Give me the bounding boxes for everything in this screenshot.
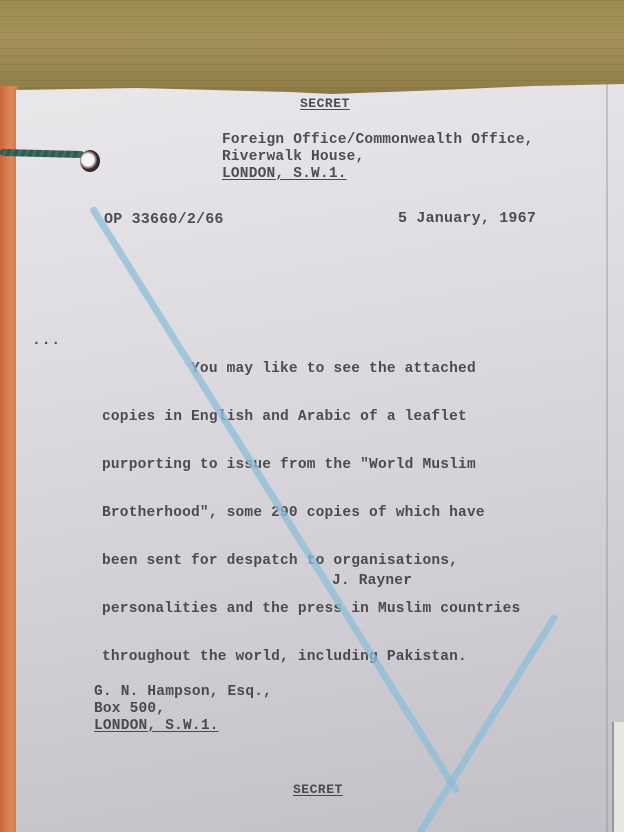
letter-body: You may like to see the attached copies … (102, 329, 520, 681)
orange-folder-edge (0, 86, 18, 832)
body-line: copies in English and Arabic of a leafle… (102, 409, 520, 425)
wooden-desk-background (0, 0, 624, 90)
classification-top: SECRET (300, 96, 350, 112)
body-line: throughout the world, including Pakistan… (102, 649, 520, 665)
body-line: Brotherhood", some 290 copies of which h… (102, 505, 520, 521)
sender-address-line-3: LONDON, S.W.1. (222, 166, 347, 182)
margin-mark: ... (32, 333, 61, 349)
body-line: You may like to see the attached (102, 361, 520, 377)
body-line: purporting to issue from the "World Musl… (102, 457, 520, 473)
sender-address-line-1: Foreign Office/Commonwealth Office, (222, 132, 534, 148)
sender-address-line-2: Riverwalk House, (222, 149, 364, 165)
document-date: 5 January, 1967 (398, 211, 536, 227)
reference-number: OP 33660/2/66 (104, 212, 224, 228)
recipient-address-line-3: LONDON, S.W.1. (94, 718, 219, 734)
recipient-address-line-2: Box 500, (94, 701, 165, 717)
signature: J. Rayner (332, 573, 412, 589)
paper-fold-line (606, 84, 608, 832)
recipient-address-line-1: G. N. Hampson, Esq., (94, 684, 272, 700)
classification-bottom: SECRET (293, 782, 343, 798)
body-line: personalities and the press in Muslim co… (102, 601, 520, 617)
punched-hole (80, 150, 100, 172)
paper-corner-tab (612, 722, 624, 832)
